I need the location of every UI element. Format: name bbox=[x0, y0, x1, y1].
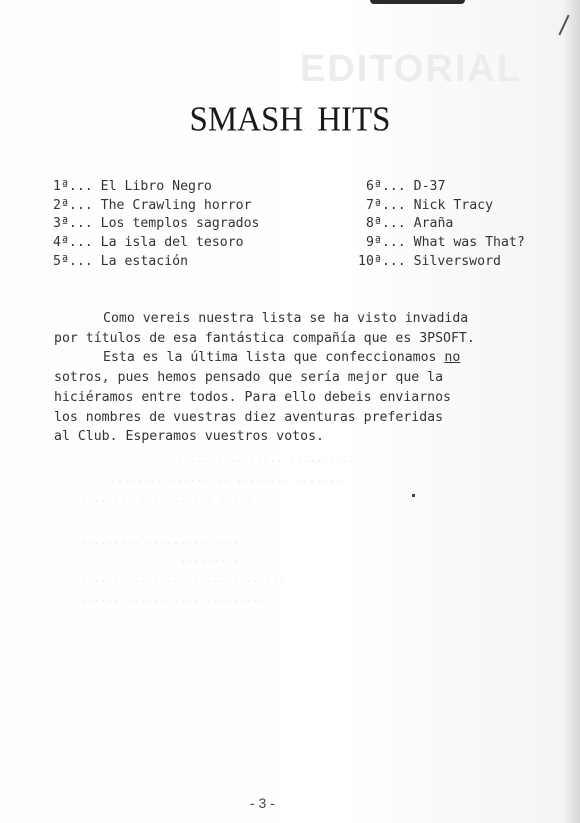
pen-mark bbox=[558, 15, 569, 36]
scan-edge-mark bbox=[370, 0, 465, 4]
rank-number: 6ª bbox=[366, 178, 382, 197]
show-through-text: ······· · bbox=[180, 555, 240, 568]
paragraph-line: por títulos de esa fantástica compañía q… bbox=[54, 329, 574, 349]
leader-dots: ... bbox=[69, 197, 93, 216]
ranking-list-left: 1ª... El Libro Negro 2ª... The Crawling … bbox=[53, 178, 259, 272]
document-page: EDITORIAL ··········· ········· ········… bbox=[0, 0, 580, 823]
rank-number: 9ª bbox=[366, 234, 382, 253]
game-title: La estación bbox=[101, 254, 188, 269]
show-through-text: ········ ········ ·········· bbox=[170, 455, 355, 468]
game-title: Nick Tracy bbox=[414, 198, 493, 213]
ranking-entry: 4ª... La isla del tesoro bbox=[53, 234, 259, 253]
game-title: El Libro Negro bbox=[101, 179, 212, 194]
show-through-text: ········ ···· ······ ····· bbox=[80, 495, 252, 508]
ranking-entry: 3ª... Los templos sagrados bbox=[53, 215, 259, 234]
ranking-entry: 10ª... Silversword bbox=[358, 253, 525, 272]
leader-dots: ... bbox=[382, 178, 406, 197]
title-word-1: SMASH bbox=[189, 101, 303, 140]
rank-number: 2ª bbox=[53, 197, 69, 216]
title-word-2: HITS bbox=[317, 101, 390, 140]
paragraph-text: Esta es la última lista que confeccionam… bbox=[103, 350, 444, 365]
leader-dots: ... bbox=[69, 215, 93, 234]
leader-dots: ... bbox=[382, 215, 406, 234]
game-title: Los templos sagrados bbox=[101, 216, 260, 231]
show-through-text: ········ ······ ·· ········ ······· bbox=[110, 475, 342, 488]
rank-number: 1ª bbox=[53, 178, 69, 197]
leader-dots: ... bbox=[382, 234, 406, 253]
page-number: - 3 - bbox=[250, 795, 275, 811]
ranking-entry: 9ª... What was That? bbox=[358, 234, 525, 253]
ranking-entry: 6ª... D-37 bbox=[358, 178, 525, 197]
ranking-entry: 1ª... El Libro Negro bbox=[53, 178, 259, 197]
game-title: Silversword bbox=[414, 254, 501, 269]
rank-number: 10ª bbox=[358, 253, 382, 272]
ranking-entry: 2ª... The Crawling horror bbox=[53, 197, 259, 216]
underlined-hyphenation: no bbox=[444, 350, 460, 365]
ranking-entry: 8ª... Araña bbox=[358, 215, 525, 234]
ranking-list-right: 6ª... D-37 7ª... Nick Tracy 8ª... Araña … bbox=[358, 178, 525, 272]
paragraph-line: Como vereis nuestra lista se ha visto in… bbox=[54, 309, 574, 329]
game-title: La isla del tesoro bbox=[101, 235, 244, 250]
show-through-text: ······ ········ ······ ········ bbox=[80, 575, 285, 588]
leader-dots: ... bbox=[69, 253, 93, 272]
paragraph-line: Esta es la última lista que confeccionam… bbox=[54, 348, 574, 368]
rank-number: 7ª bbox=[366, 197, 382, 216]
paragraph-line: al Club. Esperamos vuestros votos. bbox=[54, 427, 574, 447]
rank-number: 8ª bbox=[366, 215, 382, 234]
ranking-entry: 5ª... La estación bbox=[53, 253, 259, 272]
body-paragraphs: Como vereis nuestra lista se ha visto in… bbox=[54, 309, 574, 447]
page-title: SMASHHITS bbox=[0, 101, 580, 140]
paragraph-line: los nombres de vuestras diez aventuras p… bbox=[54, 408, 574, 428]
leader-dots: ... bbox=[382, 253, 406, 272]
show-through-text: ······ ······ ···· ········· bbox=[80, 595, 265, 608]
leader-dots: ... bbox=[69, 234, 93, 253]
ranking-entry: 7ª... Nick Tracy bbox=[358, 197, 525, 216]
game-title: The Crawling horror bbox=[101, 198, 252, 213]
game-title: Araña bbox=[414, 216, 454, 231]
paragraph-line: hiciéramos entre todos. Para ello debeis… bbox=[54, 388, 574, 408]
leader-dots: ... bbox=[69, 178, 93, 197]
game-title: What was That? bbox=[414, 235, 525, 250]
rank-number: 3ª bbox=[53, 215, 69, 234]
show-through-heading: EDITORIAL bbox=[300, 48, 522, 91]
game-title: D-37 bbox=[414, 179, 446, 194]
show-through-text: ········· ········· ···· bbox=[80, 537, 239, 550]
paragraph-line: sotros, pues hemos pensado que sería mej… bbox=[54, 368, 574, 388]
stray-dot bbox=[412, 494, 415, 497]
rank-number: 5ª bbox=[53, 253, 69, 272]
leader-dots: ... bbox=[382, 197, 406, 216]
rank-number: 4ª bbox=[53, 234, 69, 253]
